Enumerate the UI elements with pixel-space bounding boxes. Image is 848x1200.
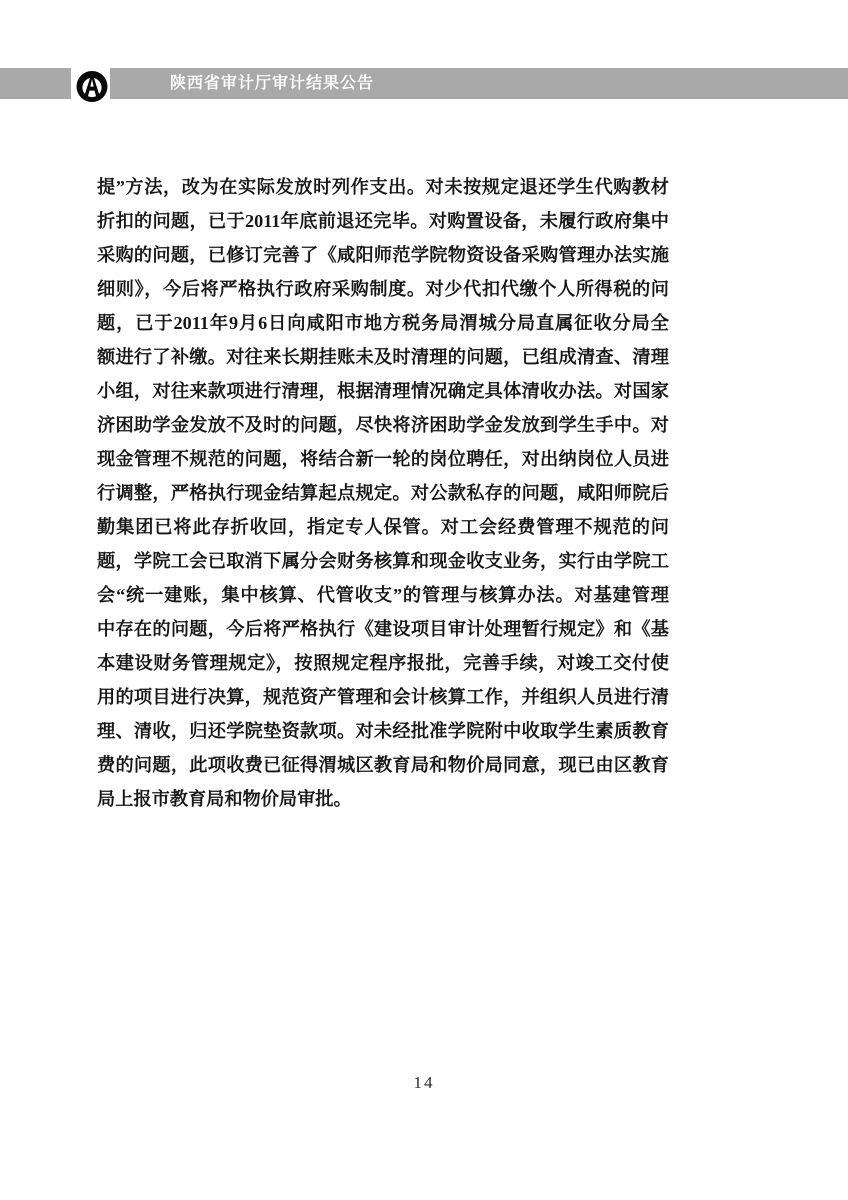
text-line: 题，学院工会已取消下属分会财务核算和现金收支业务，实行由学院工	[97, 544, 669, 578]
text-line: 采购的问题，已修订完善了《咸阳师范学院物资设备采购管理办法实施	[97, 238, 669, 272]
text-line: 小组，对往来款项进行清理，根据清理情况确定具体清收办法。对国家	[97, 374, 669, 408]
text-line: 提”方法，改为在实际发放时列作支出。对未按规定退还学生代购教材	[97, 170, 669, 204]
text-line: 理、清收，归还学院垫资款项。对未经批准学院附中收取学生素质教育	[97, 714, 669, 748]
document-page: 陕西省审计厅审计结果公告 提”方法，改为在实际发放时列作支出。对未按规定退还学生…	[0, 0, 848, 1200]
text-line: 行调整，严格执行现金结算起点规定。对公款私存的问题，咸阳师院后	[97, 476, 669, 510]
text-line: 额进行了补缴。对往来长期挂账未及时清理的问题，已组成清查、清理	[97, 340, 669, 374]
text-line: 勤集团已将此存折收回，指定专人保管。对工会经费管理不规范的问	[97, 510, 669, 544]
text-line: 题，已于2011年9月6日向咸阳市地方税务局渭城分局直属征收分局全	[97, 306, 669, 340]
header-bar	[0, 68, 848, 99]
text-line: 细则》，今后将严格执行政府采购制度。对少代扣代缴个人所得税的问	[97, 272, 669, 306]
text-line: 现金管理不规范的问题，将结合新一轮的岗位聘任，对出纳岗位人员进	[97, 442, 669, 476]
header-title: 陕西省审计厅审计结果公告	[170, 68, 374, 99]
audit-emblem-icon	[76, 70, 108, 103]
text-line: 会“统一建账，集中核算、代管收支”的管理与核算办法。对基建管理	[97, 578, 669, 612]
text-line: 费的问题，此项收费已征得渭城区教育局和物价局同意，现已由区教育	[97, 748, 669, 782]
text-line: 本建设财务管理规定》，按照规定程序报批，完善手续，对竣工交付使	[97, 646, 669, 680]
text-line: 用的项目进行决算，规范资产管理和会计核算工作，并组织人员进行清	[97, 680, 669, 714]
body-paragraph: 提”方法，改为在实际发放时列作支出。对未按规定退还学生代购教材折扣的问题，已于2…	[97, 170, 669, 816]
text-line: 济困助学金发放不及时的问题，尽快将济困助学金发放到学生手中。对	[97, 408, 669, 442]
page-number: 14	[0, 1073, 848, 1093]
text-line: 中存在的问题，今后将严格执行《建设项目审计处理暂行规定》和《基	[97, 612, 669, 646]
text-line: 折扣的问题，已于2011年底前退还完毕。对购置设备，未履行政府集中	[97, 204, 669, 238]
text-line: 局上报市教育局和物价局审批。	[97, 782, 669, 816]
